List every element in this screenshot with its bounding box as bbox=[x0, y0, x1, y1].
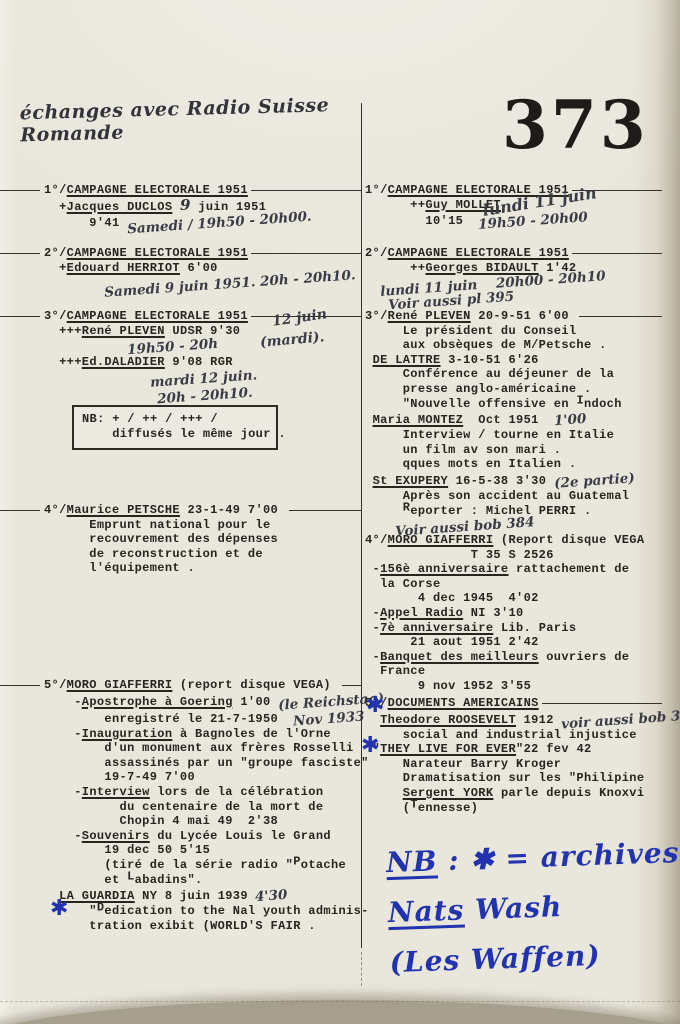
blue-asterisk-icon: ✱ bbox=[361, 733, 379, 758]
typed-text: 9 nov 1952 3'55 bbox=[365, 679, 531, 693]
section-right-4: 4°/MORO GIAFFERRI (Report disque VEGA T … bbox=[355, 533, 680, 694]
typed-text: 9'08 RGR bbox=[165, 355, 233, 369]
text-line: ++Georges BIDAULT 1'42 bbox=[365, 261, 662, 276]
typed-text: abadins". bbox=[135, 873, 203, 887]
typed-text: 2°/ bbox=[44, 246, 67, 261]
handwritten-archive-note: échanges avec Radio Suisse Romande bbox=[19, 94, 350, 147]
ruled-dash bbox=[572, 246, 662, 254]
typed-text: du centenaire de la mort de bbox=[44, 800, 323, 814]
typed-text: St EXUPERY bbox=[373, 474, 449, 488]
typed-text: à Bagnoles de l'Orne bbox=[172, 727, 331, 741]
blue-asterisk-icon: ✱ bbox=[366, 693, 384, 718]
typed-text: Banquet des meilleurs bbox=[380, 650, 539, 664]
typed-text bbox=[44, 372, 150, 386]
typed-text: L bbox=[127, 869, 135, 884]
typed-text: 4°/ bbox=[365, 533, 388, 548]
typed-text: aux obsèques de M/Petsche . bbox=[365, 338, 607, 352]
typed-text: CAMPAGNE ELECTORALE 1951 bbox=[67, 246, 248, 261]
text-line: 4°/MORO GIAFFERRI (Report disque VEGA bbox=[365, 533, 662, 548]
typed-text: "Nouvelle offensive en bbox=[365, 397, 576, 411]
typed-text: DOCUMENTS AMERICAINS bbox=[388, 696, 539, 711]
text-line: l'équipement . bbox=[44, 561, 362, 576]
text-line: Emprunt national pour le bbox=[44, 518, 362, 533]
typed-text: France bbox=[365, 664, 425, 678]
text-line: (tiré de la série radio "Potache bbox=[44, 858, 362, 873]
typed-text: Inauguration bbox=[82, 727, 173, 741]
typed-text: + bbox=[44, 200, 67, 214]
typed-text bbox=[365, 294, 388, 308]
typed-text: NY 8 juin 1939 bbox=[135, 889, 256, 903]
column-divider-dashed-end bbox=[361, 952, 362, 986]
typed-text: rattachement de bbox=[508, 562, 629, 576]
typed-text: 4 dec 1945 4'02 bbox=[365, 591, 539, 605]
typed-text: Apostrophe à Goering bbox=[82, 695, 233, 709]
typed-text: René PLEVEN bbox=[388, 309, 471, 324]
typed-text: otache bbox=[301, 858, 346, 872]
typed-text bbox=[365, 504, 403, 518]
typed-text: tration exibit (WORLD'S FAIR . bbox=[44, 919, 316, 933]
typed-text: 7è anniversaire bbox=[380, 621, 493, 635]
handwritten-annotation: 4'30 bbox=[255, 887, 288, 905]
typed-text: ✱ bbox=[470, 842, 496, 876]
text-line: St EXUPERY 16-5-38 3'30 (2e partie) bbox=[365, 472, 662, 489]
text-line: Dramatisation sur les "Philipine bbox=[365, 771, 662, 786]
text-line: Chopin 4 mai 49 2'38 bbox=[44, 814, 362, 829]
typed-text: 1°/ bbox=[365, 183, 388, 198]
text-line: 21 aout 1951 2'42 bbox=[365, 635, 662, 650]
text-line: -Appel Radio NI 3'10 bbox=[365, 606, 662, 621]
typed-text: CAMPAGNE ELECTORALE 1951 bbox=[67, 183, 248, 198]
typed-text: UDSR 9'30 bbox=[165, 324, 241, 338]
typed-text: 21 aout 1951 2'42 bbox=[365, 635, 539, 649]
typed-text: qques mots en Italien . bbox=[365, 457, 576, 471]
typed-text: : bbox=[437, 843, 471, 877]
typed-text: Maria MONTEZ bbox=[373, 413, 464, 427]
typed-text: = archives bbox=[494, 836, 680, 875]
text-line: du centenaire de la mort de bbox=[44, 800, 362, 815]
typed-text: - bbox=[44, 695, 82, 709]
text-line: de reconstruction et de bbox=[44, 547, 362, 562]
typed-text: 23-1-49 7'00 bbox=[180, 503, 286, 518]
text-line: 3°/René PLEVEN 20-9-51 6'00 bbox=[365, 309, 662, 324]
text-line: Narateur Barry Kroger bbox=[365, 757, 662, 772]
typed-text: ( bbox=[365, 801, 410, 815]
text-line: France bbox=[365, 664, 662, 679]
typed-text: Appel Radio bbox=[380, 606, 463, 620]
typed-text bbox=[44, 389, 157, 403]
typed-text: assassinés par un "groupe fasciste" bbox=[44, 756, 369, 770]
text-line: (Tennesse) bbox=[365, 801, 662, 816]
typed-text: I bbox=[576, 393, 584, 408]
text-line: -Souvenirs du Lycée Louis le Grand bbox=[44, 829, 362, 844]
text-line: assassinés par un "groupe fasciste" bbox=[44, 756, 362, 771]
typed-text: - bbox=[44, 727, 82, 741]
typed-text: 2°/ bbox=[365, 246, 388, 261]
typed-text: Chopin 4 mai 49 2'38 bbox=[44, 814, 278, 828]
ruled-dash bbox=[289, 503, 362, 511]
text-line: tration exibit (WORLD'S FAIR . bbox=[44, 919, 362, 934]
typed-text: 1'00 bbox=[233, 695, 278, 709]
typed-text: 4°/ bbox=[44, 503, 67, 518]
typed-text bbox=[44, 277, 104, 291]
text-line: -Banquet des meilleurs ouvriers de bbox=[365, 650, 662, 665]
typed-text: R bbox=[403, 500, 411, 515]
typed-text: + bbox=[44, 261, 67, 275]
typed-text: - bbox=[365, 606, 380, 620]
typed-text: Oct 1951 bbox=[463, 413, 554, 427]
typed-text: Interview / tourne en Italie bbox=[365, 428, 614, 442]
text-line: d'un monument aux frères Rosselli bbox=[44, 741, 362, 756]
text-line: presse anglo-américaine . bbox=[365, 382, 662, 397]
typed-text: T bbox=[410, 797, 418, 812]
typed-text bbox=[365, 786, 403, 800]
typed-text: - bbox=[365, 621, 380, 635]
typed-text: lors de la célébration bbox=[150, 785, 324, 799]
typed-text: 3°/ bbox=[365, 309, 388, 324]
typed-text: T 35 S 2526 bbox=[365, 548, 554, 562]
text-line: 2°/CAMPAGNE ELECTORALE 1951 bbox=[365, 246, 662, 261]
text-line: "Dedication to the Nal youth adminis- bbox=[44, 904, 362, 919]
text-line: la Corse bbox=[365, 577, 662, 592]
typed-text: D bbox=[97, 901, 105, 916]
typed-text: 1912 bbox=[516, 713, 561, 727]
typed-text: 19 dec 50 5'15 bbox=[44, 843, 210, 857]
typed-text: - bbox=[365, 562, 380, 576]
typed-text: 3°/ bbox=[44, 309, 67, 324]
text-line: -Inauguration à Bagnoles de l'Orne bbox=[44, 727, 362, 742]
text-line: T 35 S 2526 bbox=[365, 548, 662, 563]
typed-text: P bbox=[293, 854, 301, 869]
typed-text bbox=[365, 353, 373, 367]
handwritten-annotation: 9 bbox=[180, 196, 191, 214]
nb-legend-line1: NB: + / ++ / +++ / bbox=[82, 412, 270, 427]
typed-text: social and industrial injustice bbox=[365, 728, 637, 742]
text-line: 9 nov 1952 3'55 bbox=[365, 679, 662, 694]
typed-text: d'un monument aux frères Rosselli bbox=[44, 741, 354, 755]
text-line: qques mots en Italien . bbox=[365, 457, 662, 472]
text-line: 20h - 20h10. bbox=[44, 387, 362, 404]
text-line: 2°/CAMPAGNE ELECTORALE 1951 bbox=[44, 246, 362, 261]
typed-text: +++ bbox=[44, 355, 82, 369]
text-line: 4°/Maurice PETSCHE 23-1-49 7'00 bbox=[44, 503, 362, 518]
text-line: un film av son mari . bbox=[365, 443, 662, 458]
section-left-2: 2°/CAMPAGNE ELECTORALE 1951 +Edouard HER… bbox=[0, 246, 362, 292]
typed-text: Interview bbox=[82, 785, 150, 799]
typed-text: Theodore ROOSEVELT bbox=[380, 713, 516, 727]
text-line: DE LATTRE 3-10-51 6'26 bbox=[365, 353, 662, 368]
text-line: 19 dec 50 5'15 bbox=[44, 843, 362, 858]
text-line: 1°/CAMPAGNE ELECTORALE 1951 bbox=[44, 183, 362, 198]
typed-text: ouvriers de bbox=[539, 650, 630, 664]
typed-text: Narateur Barry Kroger bbox=[365, 757, 561, 771]
typed-text: la Corse bbox=[365, 577, 441, 591]
typed-text: Dramatisation sur les "Philipine bbox=[365, 771, 644, 785]
typed-text: de reconstruction et de bbox=[44, 547, 263, 561]
text-line: social and industrial injustice bbox=[365, 728, 662, 743]
typed-text: (tiré de la série radio " bbox=[44, 858, 293, 872]
text-line: mardi 12 juin. bbox=[44, 370, 362, 387]
typed-text: (report disque VEGA) bbox=[172, 678, 338, 693]
typed-text: du Lycée Louis le Grand bbox=[150, 829, 331, 843]
typed-text: 5°/ bbox=[44, 678, 67, 693]
text-line: -Interview lors de la célébration bbox=[44, 785, 362, 800]
typed-text: ++ bbox=[365, 261, 425, 275]
text-line: recouvrement des dépenses bbox=[44, 532, 362, 547]
typed-text: 6'00 bbox=[180, 261, 218, 275]
typed-text: - bbox=[44, 785, 82, 799]
text-line: Conférence au déjeuner de la bbox=[365, 367, 662, 382]
typed-text: parle depuis Knoxvi bbox=[493, 786, 644, 800]
typed-text: NB bbox=[386, 844, 438, 879]
typed-text: NI 3'10 bbox=[463, 606, 523, 620]
typed-text: Wash bbox=[464, 890, 563, 926]
typed-text: 10'15 bbox=[365, 214, 478, 228]
blue-marker-note: NB : ✱ = archivesNats Wash(Les Waffen) bbox=[385, 831, 680, 991]
text-line: +Jacques DUCLOS 9 juin 1951 bbox=[44, 198, 362, 215]
typed-text: (Les Waffen) bbox=[389, 939, 601, 979]
text-line: aux obsèques de M/Petsche . bbox=[365, 338, 662, 353]
section-right-5: 5°/DOCUMENTS AMERICAINS Theodore ROOSEVE… bbox=[355, 696, 680, 815]
typed-text: un film av son mari . bbox=[365, 443, 561, 457]
text-line: 9'41 Samedi / 19h50 - 20h00. bbox=[44, 214, 362, 231]
typed-text: (Report disque VEGA bbox=[493, 533, 644, 548]
typed-text: ndoch bbox=[584, 397, 622, 411]
text-line: (Les Waffen) bbox=[389, 931, 680, 991]
typed-text: - bbox=[44, 829, 82, 843]
typed-text: enregistré le 21-7-1950 bbox=[44, 712, 293, 726]
typed-text: 156è anniversaire bbox=[380, 562, 508, 576]
text-line: LA GUARDIA NY 8 juin 1939 4'30 bbox=[44, 887, 362, 904]
text-line: et Labadins". bbox=[44, 873, 362, 888]
ruled-dash bbox=[579, 309, 662, 317]
typed-text: l'équipement . bbox=[44, 561, 195, 575]
typed-text: recouvrement des dépenses bbox=[44, 532, 278, 546]
typed-text bbox=[365, 277, 380, 291]
typed-text: et bbox=[44, 873, 127, 887]
text-line: -7è anniversaire Lib. Paris bbox=[365, 621, 662, 636]
text-line: Interview / tourne en Italie bbox=[365, 428, 662, 443]
typed-text: Lib. Paris bbox=[493, 621, 576, 635]
typed-text: DE LATTRE bbox=[373, 353, 441, 367]
typed-text: Emprunt national pour le bbox=[44, 518, 271, 532]
text-line: 4 dec 1945 4'02 bbox=[365, 591, 662, 606]
text-line: -156è anniversaire rattachement de bbox=[365, 562, 662, 577]
typed-text: Georges BIDAULT bbox=[425, 261, 538, 275]
typed-text: Conférence au déjeuner de la bbox=[365, 367, 614, 381]
typed-text bbox=[365, 474, 373, 488]
typed-text bbox=[365, 413, 373, 427]
typed-text: ennesse) bbox=[418, 801, 478, 815]
typed-text: 19-7-49 7'00 bbox=[44, 770, 195, 784]
archival-index-page: échanges avec Radio Suisse Romande 373 1… bbox=[0, 0, 680, 1024]
typed-text: Souvenirs bbox=[82, 829, 150, 843]
typed-text: +++ bbox=[44, 324, 82, 338]
blue-asterisk-icon: ✱ bbox=[50, 896, 68, 921]
typed-text: Edouard HERRIOT bbox=[67, 261, 180, 275]
handwritten-annotation: Voir aussi bob 384 bbox=[395, 514, 535, 535]
ruled-dash bbox=[251, 246, 362, 254]
text-line: +++Ed.DALADIER 9'08 RGR bbox=[44, 355, 362, 370]
typed-text: 16-5-38 3'30 bbox=[448, 474, 554, 488]
typed-text: THEY LIVE FOR EVER bbox=[380, 742, 516, 756]
handwritten-annotation: 20h - 20h10. bbox=[157, 384, 254, 407]
text-line: Samedi 9 juin 1951. 20h - 20h10. bbox=[44, 275, 362, 292]
section-right-3: 3°/René PLEVEN 20-9-51 6'00 Le président… bbox=[355, 309, 680, 535]
typed-text: Ed.DALADIER bbox=[82, 355, 165, 369]
handwritten-annotation: 1'00 bbox=[553, 411, 586, 429]
text-line: "Nouvelle offensive en Indoch bbox=[365, 397, 662, 412]
section-right-2: 2°/CAMPAGNE ELECTORALE 1951 ++Georges BI… bbox=[355, 246, 680, 309]
ruled-dash bbox=[251, 183, 362, 191]
ruled-dash bbox=[542, 696, 662, 704]
typed-text: CAMPAGNE ELECTORALE 1951 bbox=[67, 309, 248, 324]
column-divider-rule bbox=[361, 103, 362, 948]
typed-text: CAMPAGNE ELECTORALE 1951 bbox=[388, 246, 569, 261]
text-line: enregistré le 21-7-1950 Nov 1933 bbox=[44, 710, 362, 727]
typed-text: - bbox=[365, 650, 380, 664]
text-line: "THEY LIVE FOR EVER"22 fev 42 bbox=[365, 742, 662, 757]
typed-text bbox=[172, 200, 180, 214]
typed-text: Le président du Conseil bbox=[365, 324, 576, 338]
typed-text: edication to the Nal youth adminis- bbox=[104, 904, 368, 918]
handwritten-annotation: Voir aussi pl 395 bbox=[387, 289, 514, 309]
typed-text: MORO GIAFFERRI bbox=[388, 533, 494, 548]
text-line: Theodore ROOSEVELT 1912 voir aussi bob 3… bbox=[365, 711, 662, 728]
typed-text: "22 fev 42 bbox=[516, 742, 592, 756]
text-line: 5°/DOCUMENTS AMERICAINS bbox=[365, 696, 662, 711]
typed-text bbox=[44, 340, 127, 354]
typed-text: Maurice PETSCHE bbox=[67, 503, 180, 518]
text-line: 5°/MORO GIAFFERRI (report disque VEGA) bbox=[44, 678, 362, 693]
page-number-stamp: 373 bbox=[502, 86, 632, 164]
typed-text: 3-10-51 6'26 bbox=[441, 353, 539, 367]
typed-text: ++ bbox=[365, 198, 425, 212]
section-left-4: 4°/Maurice PETSCHE 23-1-49 7'00 Emprunt … bbox=[0, 503, 362, 576]
text-line: Maria MONTEZ Oct 1951 1'00 bbox=[365, 411, 662, 428]
typed-text: 1°/ bbox=[44, 183, 67, 198]
typed-text: Nats bbox=[387, 893, 465, 929]
text-line: 19-7-49 7'00 bbox=[44, 770, 362, 785]
typed-text: René PLEVEN bbox=[82, 324, 165, 338]
text-line: Voir aussi pl 395 bbox=[365, 292, 662, 309]
typed-text: 9'41 bbox=[44, 216, 127, 230]
section-left-1: 1°/CAMPAGNE ELECTORALE 1951 +Jacques DUC… bbox=[0, 183, 362, 231]
typed-text: presse anglo-américaine . bbox=[365, 382, 592, 396]
text-line: Le président du Conseil bbox=[365, 324, 662, 339]
typed-text: 20-9-51 6'00 bbox=[471, 309, 577, 324]
nb-legend-box: NB: + / ++ / +++ / diffusés le même jour… bbox=[72, 405, 278, 450]
nb-legend-line2: diffusés le même jour . bbox=[82, 427, 270, 442]
text-line: -Apostrophe à Goering 1'00 (le Reichstag… bbox=[44, 693, 362, 710]
typed-text: MORO GIAFFERRI bbox=[67, 678, 173, 693]
typed-text: Jacques DUCLOS bbox=[67, 200, 173, 214]
